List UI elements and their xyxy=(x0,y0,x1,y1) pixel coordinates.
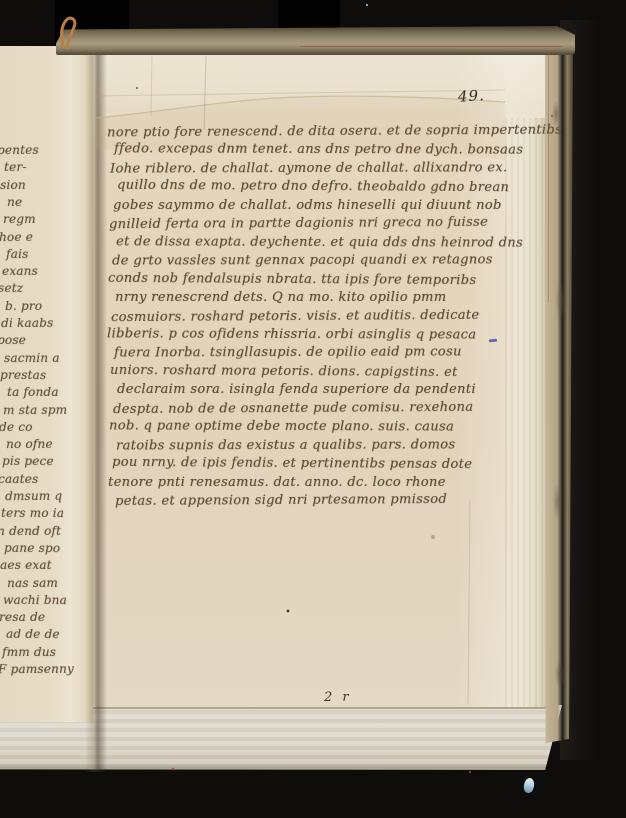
manuscript-photo: 49. nore ptio fore renescend. de dita os… xyxy=(0,0,626,818)
fragment-line: sacmin a xyxy=(4,351,60,366)
manuscript-line: gobes saymmo de challat. odms hineselli … xyxy=(113,198,502,213)
fragment-line: no ofne xyxy=(6,437,53,452)
manuscript-line: Iohe riblero. de challat. aymone de chal… xyxy=(110,160,507,176)
fragment-line: pis pece xyxy=(2,454,54,469)
manuscript-line: nore ptio fore renescend. de dita osera.… xyxy=(107,123,562,141)
manuscript-line: et de dissa exapta. deychente. et quia d… xyxy=(116,234,523,250)
manuscript-line: conds nob fendalsupis nbrata. tta ipis f… xyxy=(108,270,476,287)
manuscript-line: libberis. p cos ofidens rhissria. orbi a… xyxy=(107,326,476,342)
fragment-line: setz xyxy=(0,281,23,296)
manuscript-line: tenore pnti renesamus. dat. anno. dc. lo… xyxy=(108,475,446,490)
manuscript-line: nrny renescrend dets. Q na mo. kito opil… xyxy=(115,290,446,305)
manuscript-line: gnilleid ferta ora in partte dagionis nr… xyxy=(109,215,488,232)
manuscript-line: petas. et appension sigd nri prtesamon p… xyxy=(115,492,447,509)
fragment-line: fmm dus xyxy=(2,645,56,660)
binding-red-line xyxy=(300,46,562,47)
fragment-line: pentes xyxy=(0,143,39,158)
fragment-line: F pamsenny xyxy=(0,662,74,677)
dust-speck xyxy=(366,4,368,6)
fragment-line: regm xyxy=(3,212,36,227)
fragment-line: ter- xyxy=(4,160,27,175)
fragment-line: ne xyxy=(7,195,22,210)
folio-number: 49. xyxy=(458,86,486,105)
fragment-line: pane spo xyxy=(4,541,60,556)
fragment-line: pose xyxy=(0,333,26,348)
fragment-line: caates xyxy=(0,472,38,487)
fragment-line: sion xyxy=(0,178,26,193)
fragment-line: fais xyxy=(6,247,28,262)
fragment-line: b. pro xyxy=(5,299,42,314)
fragment-line: n dend oft xyxy=(0,523,61,538)
book-top-edge xyxy=(56,26,575,55)
fragment-line: de co xyxy=(0,420,33,435)
manuscript-line: quillo dns de mo. petro dno defro. theob… xyxy=(117,178,509,195)
fragment-line: m sta spm xyxy=(3,402,67,417)
manuscript-line: pou nrny. de ipis fendis. et pertinentib… xyxy=(112,455,472,472)
manuscript-line: de grto vassles sunt gennax pacopi quand… xyxy=(112,253,493,269)
fragment-line: ad de de xyxy=(6,627,60,642)
fragment-line: wachi bna xyxy=(3,593,67,608)
manuscript-line: nob. q pane optime debe mocte plano. sui… xyxy=(109,419,454,435)
quire-mark: 2 r xyxy=(324,690,352,705)
manuscript-line: ffedo. excepas dnm tenet. ans dns petro … xyxy=(114,142,523,158)
page-clip xyxy=(523,777,535,794)
fragment-line: di kaabs xyxy=(1,316,53,331)
binding-red-line xyxy=(548,52,549,302)
manuscript-line: fuera Inorba. tsingllasupis. de opilio e… xyxy=(114,345,462,361)
manuscript-line: declaraim sora. isingla fenda superiore … xyxy=(117,382,476,397)
fragment-line: resa de xyxy=(0,610,45,625)
fragment-line: prestas xyxy=(0,368,46,383)
fragment-line: hoe e xyxy=(0,229,33,244)
fragment-line: ters mo ia xyxy=(1,506,64,521)
manuscript-line: cosmuiors. roshard petoris. visis. et au… xyxy=(111,307,480,324)
fragment-line: aes exat xyxy=(0,558,52,573)
fragment-line: exans xyxy=(2,264,38,279)
gutter-crease xyxy=(85,46,107,772)
manuscript-line: despta. nob de de osnanette pude comisu.… xyxy=(113,400,473,417)
book-right-page-edges xyxy=(505,118,547,707)
manuscript-line: ratoibs supnis das existus a qualibs. pa… xyxy=(116,437,455,453)
background-shadow xyxy=(278,0,340,32)
manuscript-line: uniors. roshard mora petoris. dions. cap… xyxy=(110,363,458,380)
fragment-line: dmsum q xyxy=(5,489,62,504)
fragment-line: nas sam xyxy=(7,575,58,590)
fragment-line: ta fonda xyxy=(7,385,59,400)
